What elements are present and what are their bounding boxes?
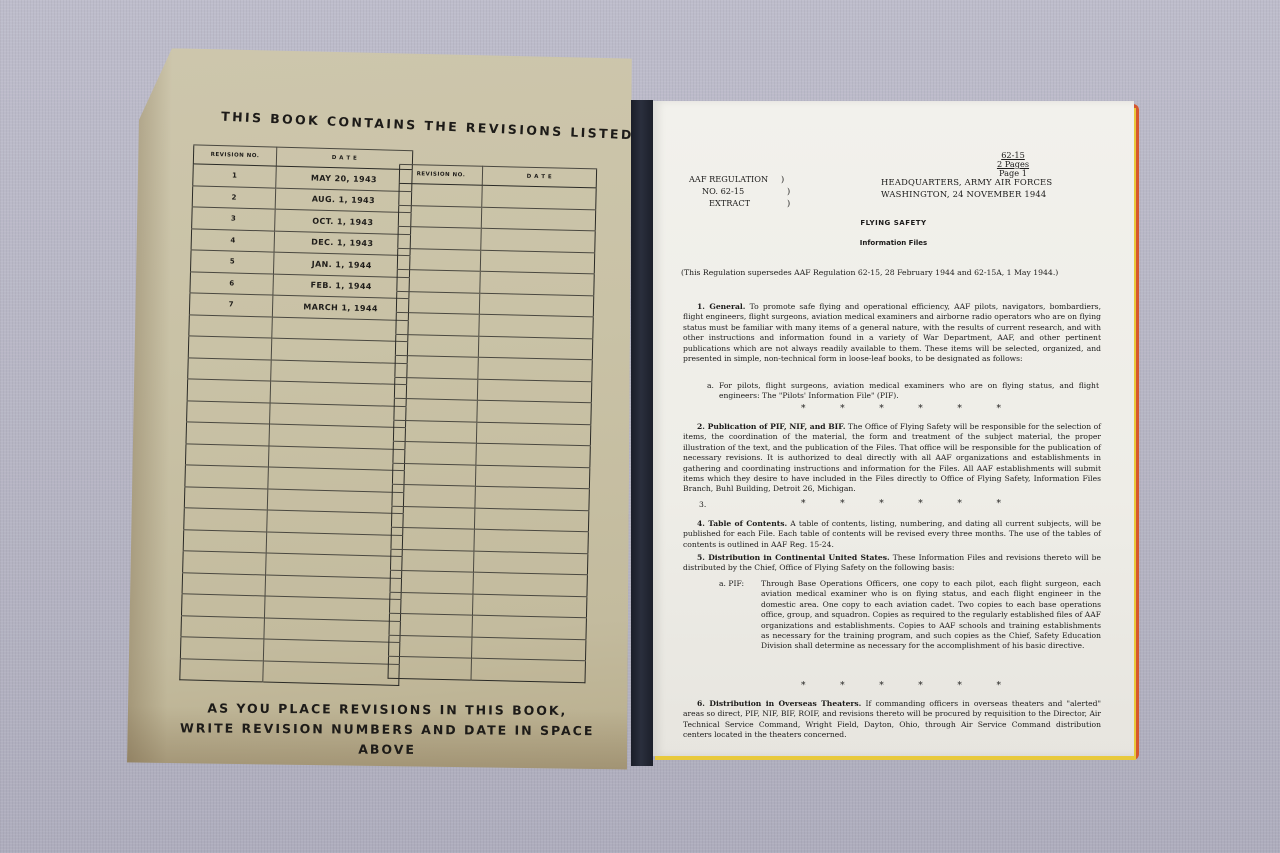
revision-number-cell [389,613,472,636]
revision-number-cell [184,508,268,532]
paragraph-6: 6. Distribution in Overseas Theaters. If… [683,699,1101,741]
omission-marks: ****** [801,404,1001,414]
revision-number-cell [180,658,264,682]
revision-number-cell [180,637,264,661]
revision-number-cell: 3 [192,207,276,231]
instructions-line-2: WRITE REVISION NUMBERS AND DATE IN SPACE… [167,718,607,761]
paragraph-2-text: The Office of Flying Safety will be resp… [683,422,1101,493]
revision-number-cell [390,549,473,572]
revision-number-cell [187,379,271,403]
revision-number-cell [397,248,480,271]
paragraph-1: 1. General. To promote safe flying and o… [683,302,1101,364]
paragraph-6-heading: 6. Distribution in Overseas Theaters. [697,699,861,708]
revision-number-cell [397,269,480,292]
regulation-identifier: AAF REGULATION) NO. 62-15) EXTRACT) [689,173,790,209]
issuing-authority: HEADQUARTERS, ARMY AIR FORCES WASHINGTON… [881,176,1052,200]
revision-number-cell: 6 [190,271,274,295]
revision-number-cell [189,314,273,338]
revision-number-cell [181,615,265,639]
reg-label: AAF REGULATION [689,173,781,185]
revision-date-cell [478,357,592,381]
revision-date-cell [472,615,586,639]
revision-number-cell: 4 [191,228,275,252]
revision-number-cell [388,656,471,679]
paragraph-1a: a. For pilots, flight surgeons, aviation… [719,381,1099,402]
revision-date-cell [475,465,589,489]
revisions-heading: THIS BOOK CONTAINS THE REVISIONS LISTED … [221,109,601,141]
revisions-table-right: REVISION NO. D A T E [388,164,598,683]
revision-date-cell [476,422,590,446]
revision-date-cell [474,529,588,553]
revision-number-cell: 1 [193,164,277,188]
revision-date-cell [478,336,592,360]
revision-number-cell [391,527,474,550]
revision-date-cell [473,551,587,575]
revision-number-cell [394,377,477,400]
paragraph-1-text: To promote safe flying and operational e… [683,302,1101,363]
revision-number-cell: 2 [192,185,276,209]
revision-number-cell [395,355,478,378]
revision-number-cell [181,594,265,618]
revision-number-cell [398,226,481,249]
revision-number-cell [393,420,476,443]
revision-date-cell [479,314,593,338]
revision-date-cell [482,185,596,209]
revision-date-cell [475,486,589,510]
paragraph-5: 5. Distribution in Continental United St… [683,553,1101,574]
revision-number-cell [396,312,479,335]
revision-number-cell [391,506,474,529]
paragraph-4: 4. Table of Contents. A table of content… [683,519,1101,550]
revision-number-cell [187,400,271,424]
revision-date-cell [479,293,593,317]
revision-date-cell [481,207,595,231]
revision-number-cell [390,570,473,593]
headquarters: HEADQUARTERS, ARMY AIR FORCES [881,176,1052,188]
paragraph-2: 2. Publication of PIF, NIF, and BIF. The… [683,422,1101,495]
revision-row [180,658,399,685]
revision-date-cell [480,250,594,274]
revision-number-cell: 5 [191,250,275,274]
revision-number-cell [188,357,272,381]
supersedes-note: (This Regulation supersedes AAF Regulati… [681,268,1058,277]
revision-number-cell [185,465,269,489]
revision-date-cell [477,379,591,403]
revision-date-cell [477,400,591,424]
revision-date-cell [480,271,594,295]
reg-type: EXTRACT [689,197,781,209]
revision-number-cell [399,183,482,206]
document-subtitle: Information Files [653,239,1134,247]
revision-number-cell [392,484,475,507]
revision-number-cell [186,422,270,446]
revision-date-cell [472,594,586,618]
revision-number-cell [185,443,269,467]
place-and-date: WASHINGTON, 24 NOVEMBER 1944 [881,188,1052,200]
revision-number-cell [183,551,267,575]
header-revision-no: REVISION NO. [399,164,482,185]
revision-date-cell [474,508,588,532]
revision-date-cell [476,443,590,467]
document-title: FLYING SAFETY [653,219,1134,227]
revision-number-cell [392,463,475,486]
omission-marks: ****** [801,681,1001,691]
paragraph-5a-label: a. PIF: [719,579,759,589]
revision-number-cell: 7 [189,293,273,317]
revision-number-cell [398,205,481,228]
header-revision-no: REVISION NO. [193,145,276,166]
revision-number-cell [188,336,272,360]
revision-date-cell [472,637,586,661]
paragraph-1-heading: 1. General. [697,302,745,311]
paragraph-2-heading: 2. Publication of PIF, NIF, and BIF. [697,422,845,431]
paragraph-5-heading: 5. Distribution in Continental United St… [697,553,890,562]
revision-number-cell [393,441,476,464]
revisions-instructions: AS YOU PLACE REVISIONS IN THIS BOOK, WRI… [167,698,607,761]
revision-number-cell [396,291,479,314]
inside-back-cover: THIS BOOK CONTAINS THE REVISIONS LISTED … [127,48,632,769]
paragraph-1a-text: For pilots, flight surgeons, aviation me… [719,381,1099,400]
paragraph-5a-text: Through Base Operations Officers, one co… [761,579,1101,650]
reg-number: NO. 62-15 [689,185,781,197]
revisions-table-left: REVISION NO. D A T E 1MAY 20, 19432AUG. … [179,144,413,686]
revision-date-cell [473,572,587,596]
revision-row [388,656,585,682]
revision-number-cell [184,486,268,510]
header-date: D A T E [482,166,596,188]
paragraph-4-heading: 4. Table of Contents. [697,519,787,528]
paragraph-5a: a. PIF: Through Base Operations Officers… [761,579,1101,652]
regulation-page: 62-15 2 Pages Page 1 AAF REGULATION) NO.… [653,101,1134,756]
omission-marks: ****** [801,499,1001,509]
revision-number-cell [395,334,478,357]
book-spine-binding [631,100,653,766]
revision-number-cell [389,635,472,658]
revision-date-cell [481,228,595,252]
paragraph-1a-label: a. [707,381,717,391]
revision-number-cell [394,398,477,421]
paragraph-3-label: 3. [699,500,706,509]
page-number-block: 62-15 2 Pages Page 1 [983,151,1043,178]
revision-number-cell [183,529,267,553]
revision-date-cell [471,658,585,682]
revision-number-cell [182,572,266,596]
revision-date-cell [263,660,400,685]
revision-number-cell [389,592,472,615]
